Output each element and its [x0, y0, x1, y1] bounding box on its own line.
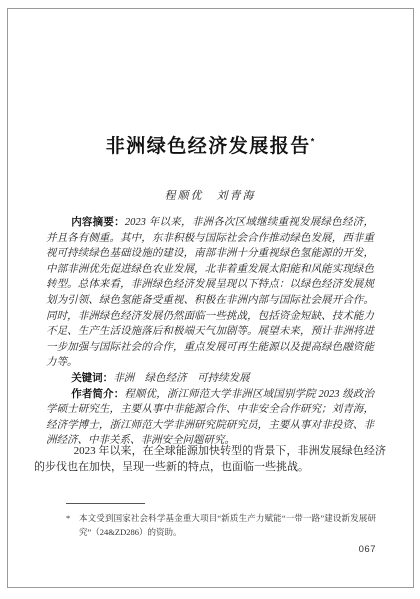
- abstract-paragraph: 内容摘要：2023 年以来，非洲各次区域继续重视发展绿色经济，并且各有侧重。其中…: [46, 215, 374, 371]
- title-footnote-marker: *: [311, 137, 315, 147]
- author-bio-label: 作者简介：: [71, 388, 124, 400]
- abstract-text: 2023 年以来，非洲各次区域继续重视发展绿色经济，并且各有侧重。其中，东非积极…: [46, 217, 374, 368]
- front-matter-block: 内容摘要：2023 年以来，非洲各次区域继续重视发展绿色经济，并且各有侧重。其中…: [46, 215, 374, 449]
- author-bio-paragraph: 作者简介：程顺优，浙江师范大学非洲区域国别学院 2023 级政治学硕士研究生，主…: [46, 387, 374, 449]
- authors: 程顺优 刘青海: [0, 187, 420, 203]
- footnote-text: 本文受到国家社会科学基金重大项目“新质生产力赋能“一带一路”建设新发展研究”（2…: [79, 513, 376, 537]
- footnote-marker: *: [66, 511, 70, 525]
- footnote: * 本文受到国家社会科学基金重大项目“新质生产力赋能“一带一路”建设新发展研究”…: [66, 511, 376, 539]
- abstract-label: 内容摘要：: [71, 216, 125, 228]
- footnote-divider: [66, 503, 145, 504]
- title-text: 非洲绿色经济发展报告: [106, 136, 311, 157]
- keywords-text: 非洲 绿色经济 可持续发展: [113, 373, 250, 384]
- body-paragraph: 2023 年以来，在全球能源加快转型的背景下，非洲发展绿色经济的步伐也在加快，呈…: [34, 443, 386, 475]
- keywords-line: 关键词：非洲 绿色经济 可持续发展: [46, 371, 374, 387]
- keywords-label: 关键词：: [71, 372, 113, 384]
- page-title: 非洲绿色经济发展报告*: [0, 131, 420, 158]
- page-number: 067: [359, 544, 376, 555]
